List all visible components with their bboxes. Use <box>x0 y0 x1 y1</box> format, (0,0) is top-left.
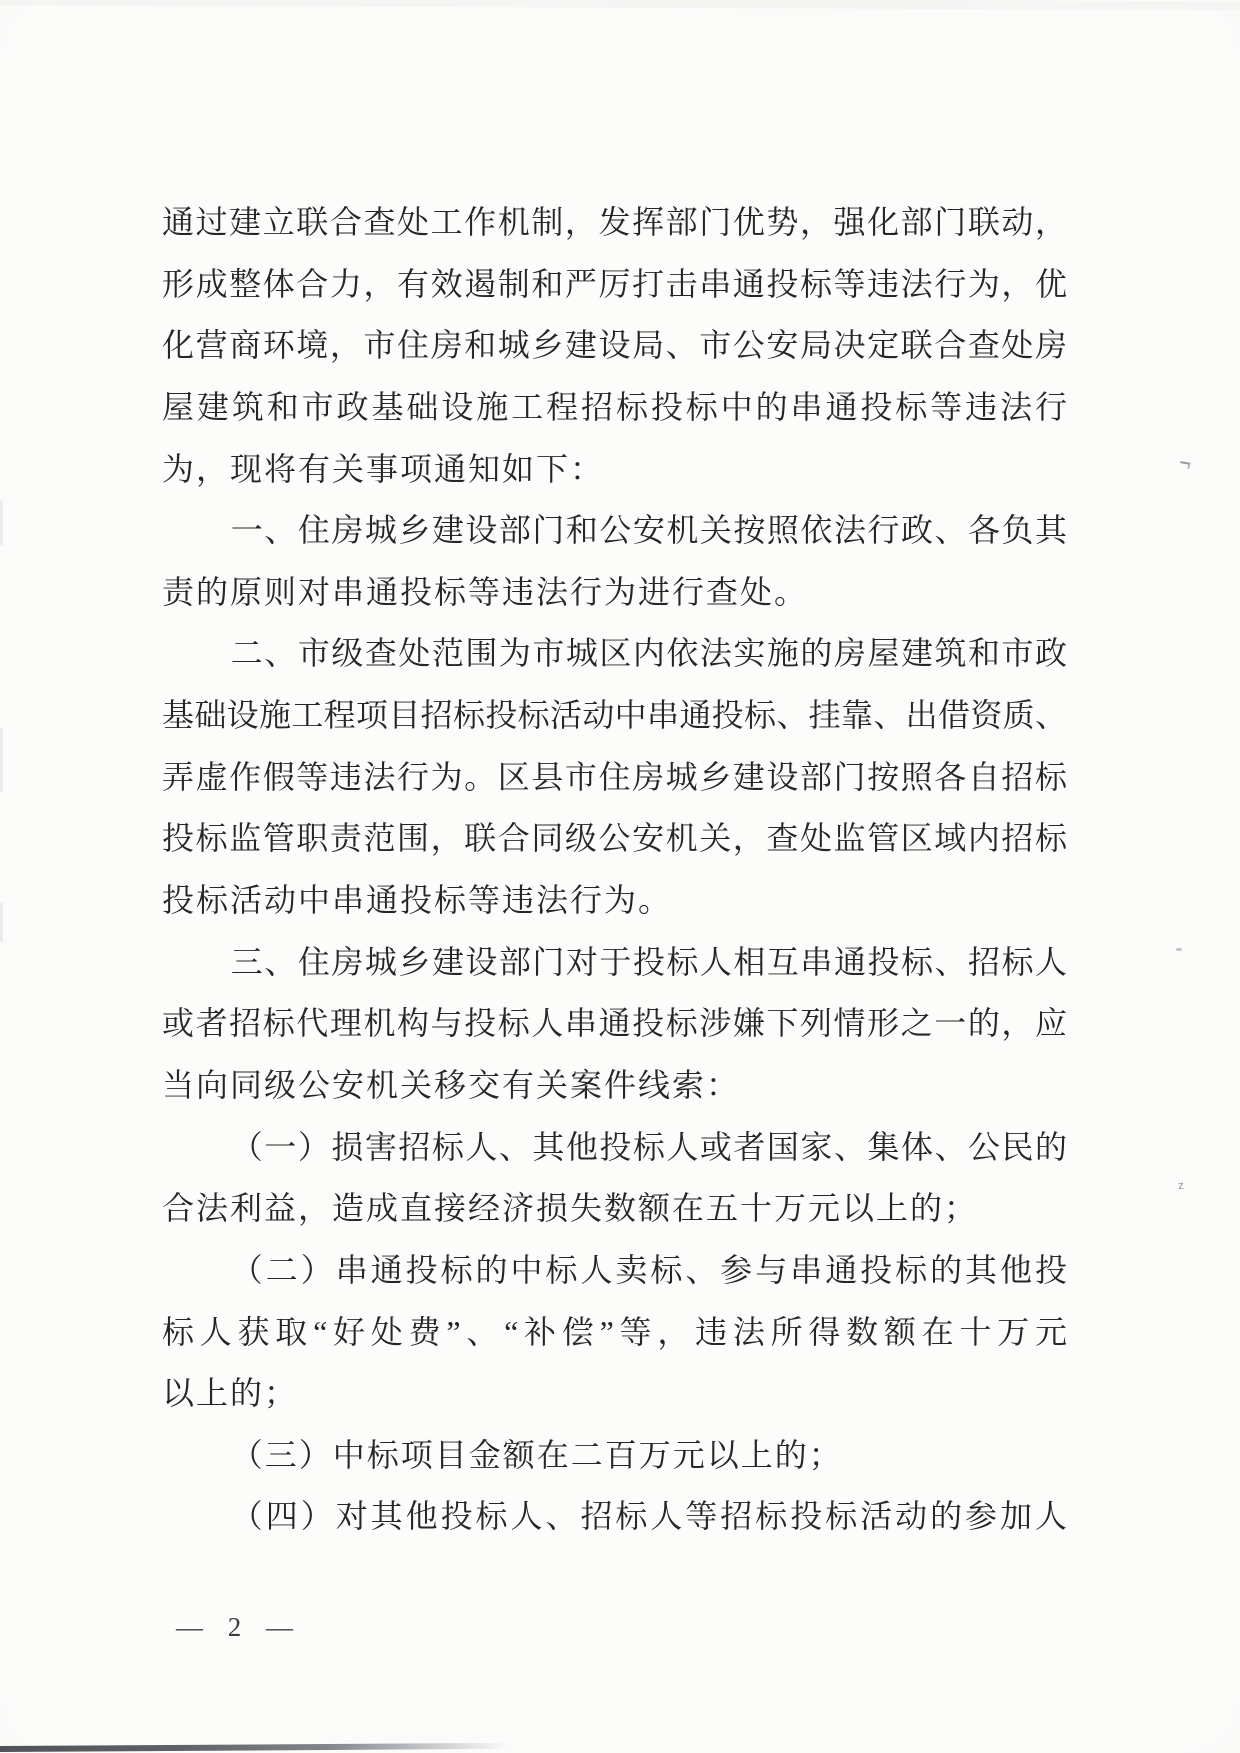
text-line: 或者招标代理机构与投标人串通投标涉嫌下列情形之一的，应 <box>162 993 1067 1055</box>
document-page: 通过建立联合查处工作机制，发挥部门优势，强化部门联动，形成整体合力，有效遏制和严… <box>0 0 1240 1753</box>
scan-edge-top <box>0 0 1240 11</box>
text-line: 投标活动中串通投标等违法行为。 <box>162 870 1067 932</box>
scan-artifact: z <box>1177 1180 1184 1192</box>
scan-artifact <box>0 728 3 792</box>
text-line: 一、住房城乡建设部门和公安机关按照依法行政、各负其 <box>162 500 1067 562</box>
scan-artifact <box>0 500 3 546</box>
text-line: 为，现将有关事项通知如下： <box>162 439 1067 501</box>
text-line: 标人获取“好处费”、“补偿”等，违法所得数额在十万元 <box>162 1302 1067 1364</box>
text-line: （一）损害招标人、其他投标人或者国家、集体、公民的 <box>162 1117 1067 1179</box>
text-line: 基础设施工程项目招标投标活动中串通投标、挂靠、出借资质、 <box>162 685 1067 747</box>
text-line: 化营商环境，市住房和城乡建设局、市公安局决定联合查处房 <box>162 315 1067 377</box>
text-line: 二、市级查处范围为市城区内依法实施的房屋建筑和市政 <box>162 623 1067 685</box>
page-number: — 2 — <box>176 1612 302 1643</box>
scan-artifact <box>1180 461 1191 469</box>
text-line: 屋建筑和市政基础设施工程招标投标中的串通投标等违法行 <box>162 377 1067 439</box>
text-line: （三）中标项目金额在二百万元以上的； <box>162 1425 1067 1487</box>
text-line: （四）对其他投标人、招标人等招标投标活动的参加人 <box>162 1486 1067 1548</box>
document-body: 通过建立联合查处工作机制，发挥部门优势，强化部门联动，形成整体合力，有效遏制和严… <box>162 192 1067 1548</box>
text-line: 三、住房城乡建设部门对于投标人相互串通投标、招标人 <box>162 932 1067 994</box>
text-line: 以上的； <box>162 1363 1067 1425</box>
scan-edge-bottom <box>0 1743 508 1752</box>
text-line: 投标监管职责范围，联合同级公安机关，查处监管区域内招标 <box>162 808 1067 870</box>
text-line: （二）串通投标的中标人卖标、参与串通投标的其他投 <box>162 1240 1067 1302</box>
text-line: 形成整体合力，有效遏制和严厉打击串通投标等违法行为，优 <box>162 254 1067 316</box>
text-line: 弄虚作假等违法行为。区县市住房城乡建设部门按照各自招标 <box>162 747 1067 809</box>
text-line: 责的原则对串通投标等违法行为进行查处。 <box>162 562 1067 624</box>
text-line: 通过建立联合查处工作机制，发挥部门优势，强化部门联动， <box>162 192 1067 254</box>
text-line: 合法利益，造成直接经济损失数额在五十万元以上的； <box>162 1178 1067 1240</box>
text-line: 当向同级公安机关移交有关案件线索： <box>162 1055 1067 1117</box>
scan-artifact <box>0 902 3 942</box>
scan-artifact <box>1176 948 1182 951</box>
